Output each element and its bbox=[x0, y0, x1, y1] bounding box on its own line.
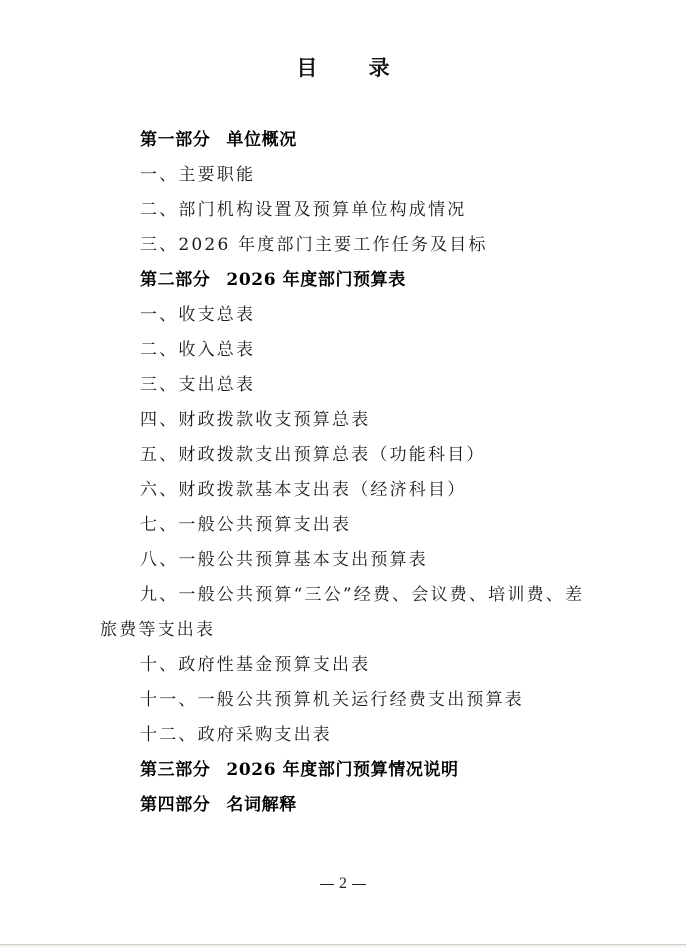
toc-part-label: 2026 年度部门预算表 bbox=[226, 270, 405, 290]
toc-part-number: 第一部分 bbox=[140, 126, 210, 154]
toc-part-number: 第四部分 bbox=[140, 791, 210, 819]
toc-item[interactable]: 十、政府性基金预算支出表 bbox=[100, 651, 590, 686]
dash-right bbox=[352, 884, 366, 885]
toc-item-continuation[interactable]: 旅费等支出表 bbox=[100, 616, 590, 651]
toc-item[interactable]: 六、财政拨款基本支出表（经济科目） bbox=[100, 476, 590, 511]
toc-item[interactable]: 九、一般公共预算“三公”经费、会议费、培训费、差 bbox=[100, 581, 590, 616]
toc-part-label: 2026 年度部门预算情况说明 bbox=[226, 760, 458, 780]
toc-item[interactable]: 四、财政拨款收支预算总表 bbox=[100, 406, 590, 441]
table-of-contents: 第一部分单位概况 一、主要职能 二、部门机构设置及预算单位构成情况 三、2026… bbox=[100, 126, 590, 826]
toc-part-2[interactable]: 第二部分2026 年度部门预算表 bbox=[100, 266, 590, 301]
toc-part-number: 第三部分 bbox=[140, 756, 210, 784]
toc-part-1[interactable]: 第一部分单位概况 bbox=[100, 126, 590, 161]
toc-item[interactable]: 三、支出总表 bbox=[100, 371, 590, 406]
document-page: 目 录 第一部分单位概况 一、主要职能 二、部门机构设置及预算单位构成情况 三、… bbox=[0, 0, 686, 944]
toc-item[interactable]: 五、财政拨款支出预算总表（功能科目） bbox=[100, 441, 590, 476]
toc-item[interactable]: 七、一般公共预算支出表 bbox=[100, 511, 590, 546]
toc-item[interactable]: 二、收入总表 bbox=[100, 336, 590, 371]
toc-title: 目 录 bbox=[0, 52, 686, 82]
page-number-value: 2 bbox=[339, 875, 347, 892]
dash-left bbox=[320, 884, 334, 885]
toc-part-label: 名词解释 bbox=[226, 795, 296, 815]
page-number: 2 bbox=[0, 875, 686, 893]
toc-item[interactable]: 十二、政府采购支出表 bbox=[100, 721, 590, 756]
toc-part-4[interactable]: 第四部分名词解释 bbox=[100, 791, 590, 826]
toc-item[interactable]: 二、部门机构设置及预算单位构成情况 bbox=[100, 196, 590, 231]
toc-item[interactable]: 十一、一般公共预算机关运行经费支出预算表 bbox=[100, 686, 590, 721]
toc-part-3[interactable]: 第三部分2026 年度部门预算情况说明 bbox=[100, 756, 590, 791]
toc-part-number: 第二部分 bbox=[140, 266, 210, 294]
toc-part-label: 单位概况 bbox=[226, 130, 296, 150]
toc-item[interactable]: 八、一般公共预算基本支出预算表 bbox=[100, 546, 590, 581]
toc-item[interactable]: 三、2026 年度部门主要工作任务及目标 bbox=[100, 231, 590, 266]
toc-item[interactable]: 一、收支总表 bbox=[100, 301, 590, 336]
toc-item[interactable]: 一、主要职能 bbox=[100, 161, 590, 196]
